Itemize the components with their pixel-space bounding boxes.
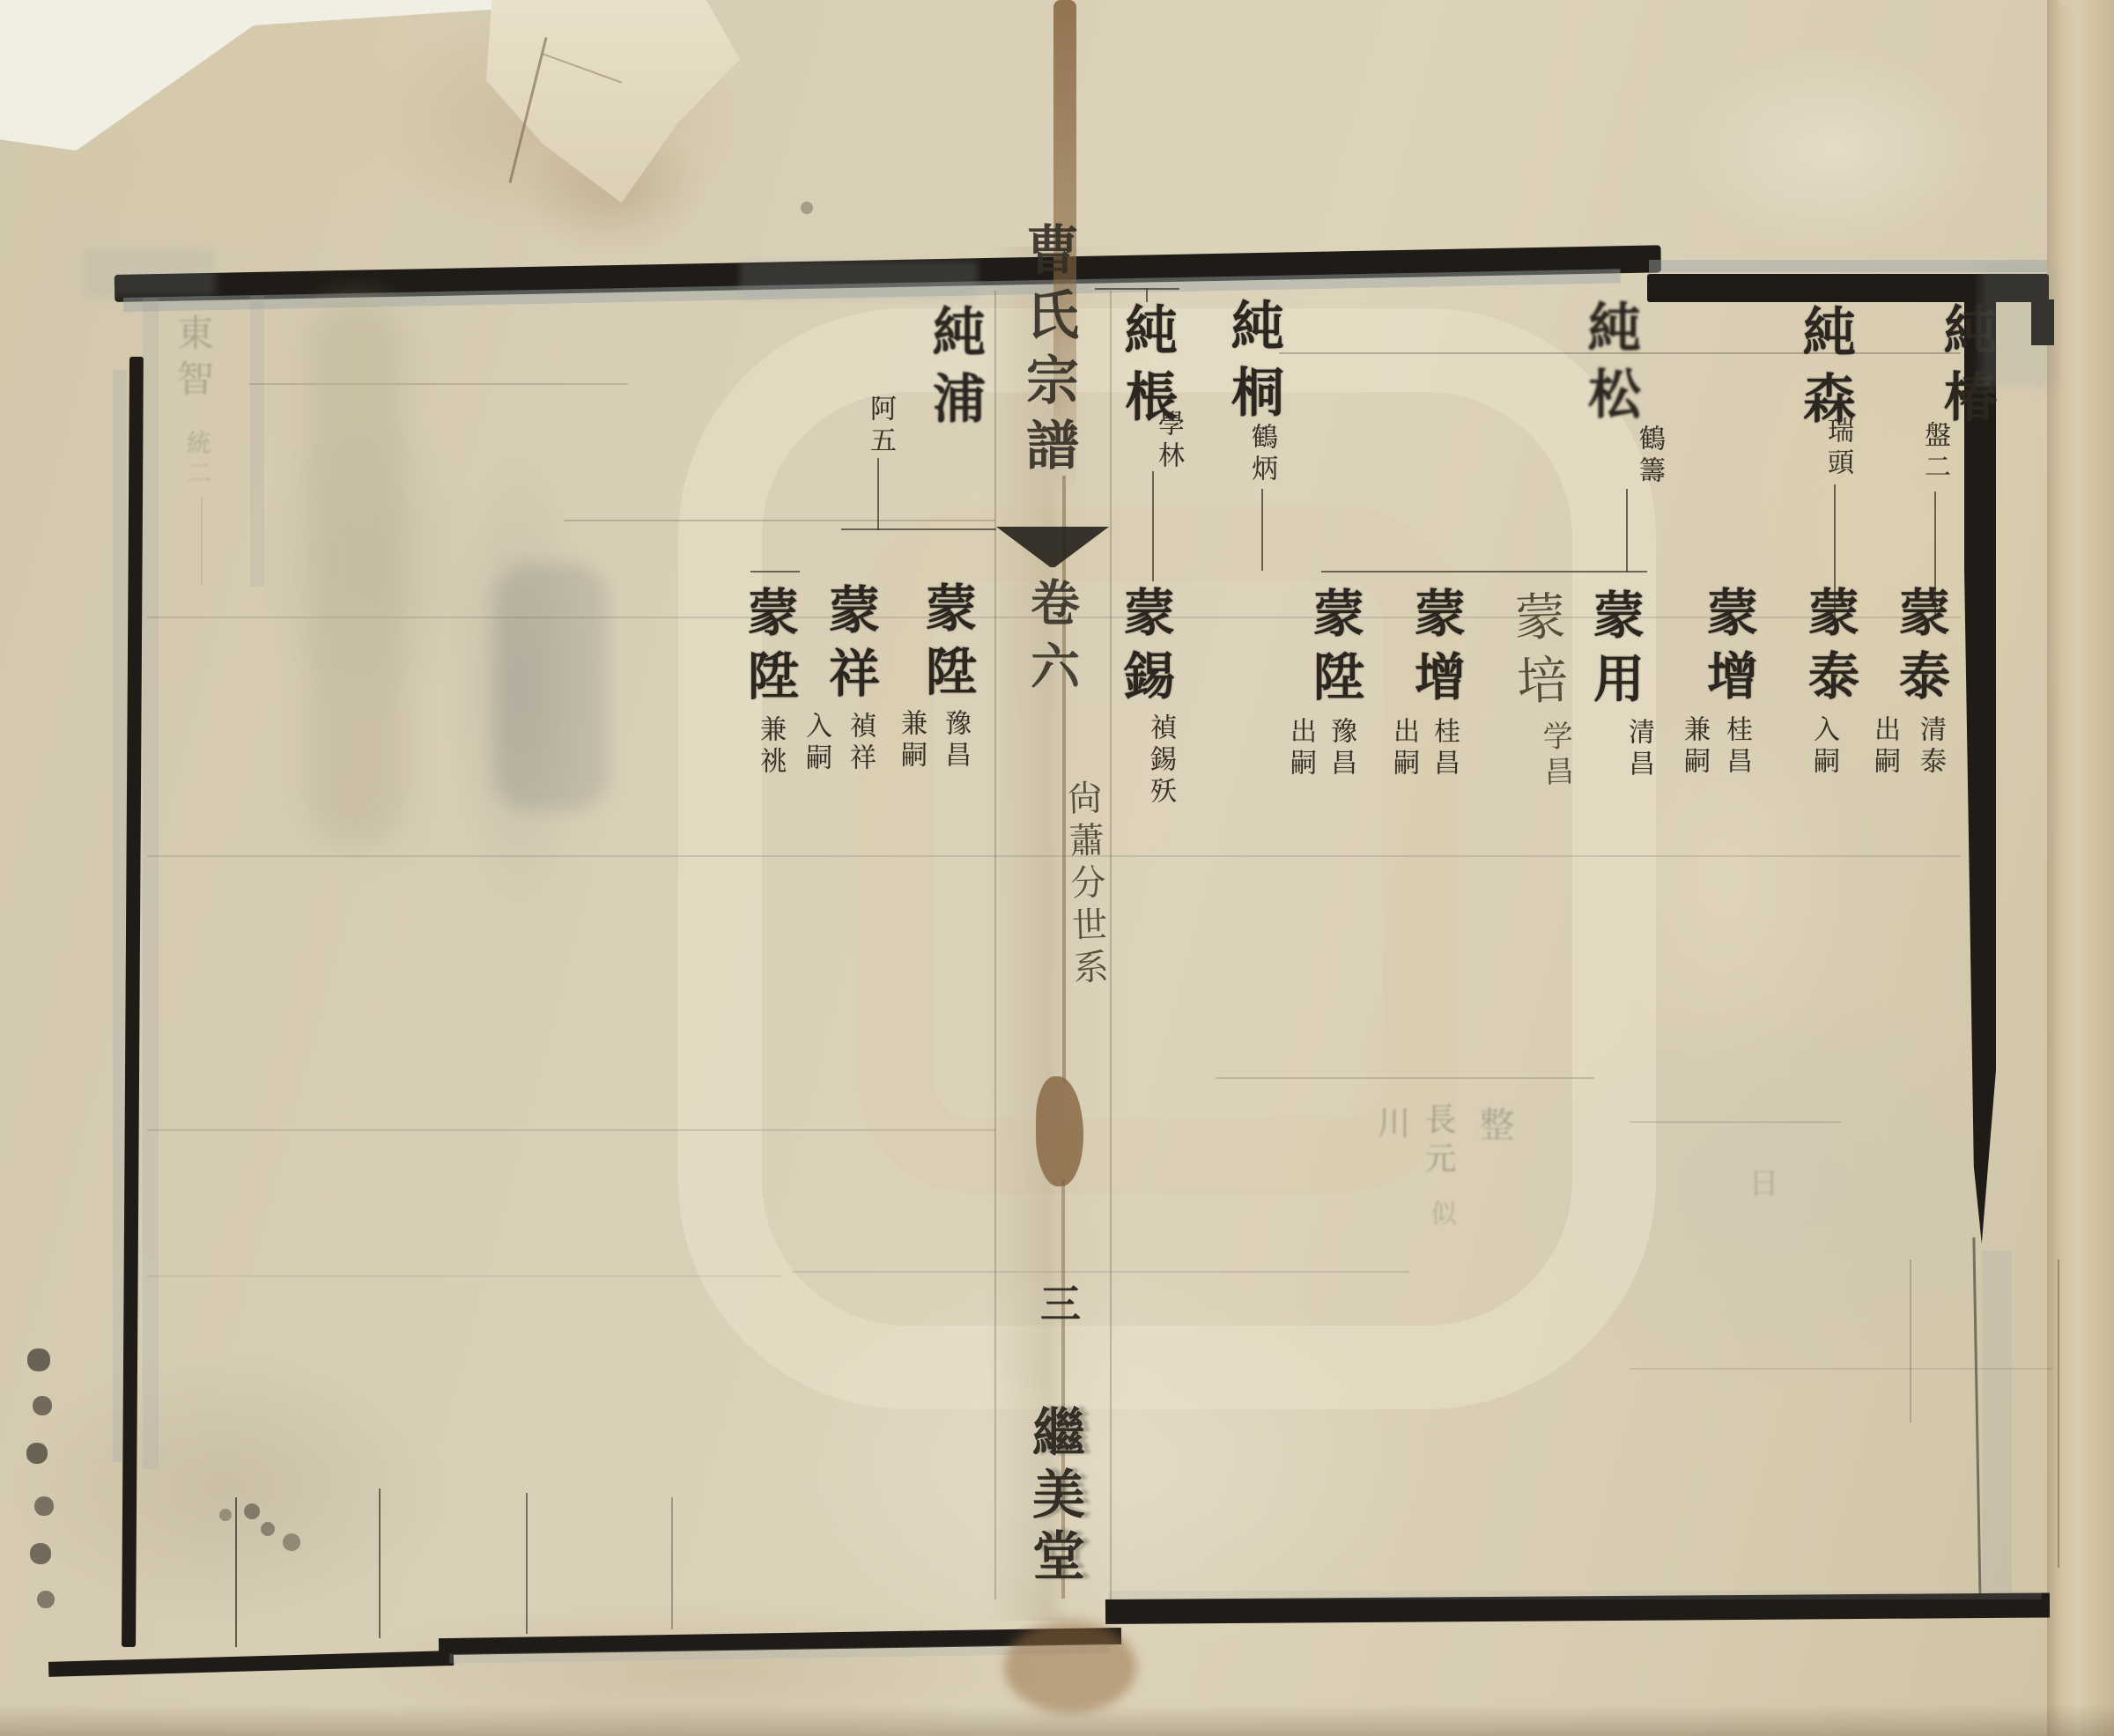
column-rule-b4 (671, 1497, 673, 1629)
gen2-note-1l: 出嗣 (1871, 715, 1897, 779)
gridline-1443-left (147, 1275, 781, 1277)
torn-right-edge-line (2058, 1260, 2059, 1568)
gen2-name-6: 蒙增 (1410, 587, 1461, 713)
gen2-note-7r: 豫昌 (1327, 717, 1354, 780)
gen2-name-5-handwritten: 蒙培 (1510, 589, 1565, 718)
spine-volume-number: 卷六 (1027, 577, 1076, 704)
gen1-note-6: 阿五 (867, 395, 893, 458)
gen1-note-5: 學林 (1155, 410, 1181, 473)
gridline-971 (147, 855, 1961, 857)
bleedthrough-si: 似 (1427, 1200, 1453, 1226)
gen1-name-6: 純浦 (928, 304, 981, 438)
gen2-note-11r: 兼祧 (757, 715, 783, 779)
gridline-1553-right (1630, 1368, 2052, 1370)
gridline-left-590 (564, 520, 995, 521)
gen2-note-7l: 出嗣 (1287, 717, 1313, 780)
gen2-name-3: 蒙增 (1703, 586, 1754, 713)
spine-hall-name: 繼美堂 (1028, 1405, 1081, 1590)
gen2-note-10l: 入嗣 (802, 712, 829, 775)
sibling-bracket-mengsheng3 (750, 571, 800, 573)
column-rule-b3 (526, 1493, 528, 1634)
bracket-chuncheng-top (1095, 288, 1179, 290)
gen2-name-11: 蒙陞 (743, 586, 795, 713)
gen2-note-8r: 禎錫殀 (1147, 713, 1173, 809)
gen2-name-8: 蒙錫 (1120, 586, 1171, 713)
ink-smudge-left-streak (308, 299, 405, 846)
gen1-name-4: 純桐 (1227, 298, 1280, 432)
column-rule-b1 (235, 1497, 237, 1647)
bleedthrough-left-column: 東智 (174, 314, 211, 405)
gridline-1223 (1216, 1077, 1594, 1079)
bottom-border-right-fringe (1108, 1591, 2042, 1599)
gen2-note-9r: 豫昌 (942, 709, 968, 772)
gen2-name-9: 蒙陞 (921, 581, 972, 708)
genealogy-scan-page: 純椿 盤二 純森 瑞頭 純松 鶴籌 純桐 鶴炳 純棖 學林 純浦 阿五 蒙泰 清… (0, 0, 2114, 1736)
blue-smudge-1 (84, 248, 216, 298)
gen2-note-4r: 清昌 (1625, 718, 1652, 781)
spine-handwritten-note: 尙蕭分世系 (1064, 779, 1106, 991)
fold-bottom-stain (1004, 1621, 1136, 1713)
gen2-name-4: 蒙用 (1589, 588, 1640, 715)
blue-smudge-3 (1980, 264, 2059, 388)
column-rule-b5 (1910, 1260, 1911, 1422)
gen1-note-1: 盤二 (1921, 421, 1948, 484)
gen2-name-10: 蒙祥 (824, 583, 876, 710)
gen1-note-3: 鶴籌 (1636, 425, 1662, 488)
left-inner-streak-2 (250, 296, 264, 587)
sibling-bracket-left-page (841, 528, 996, 530)
bleedthrough-zheng: 整 (1476, 1106, 1512, 1141)
bleedthrough-ri: 日 (1746, 1167, 1776, 1197)
column-rule-b2 (379, 1489, 381, 1638)
ink-smudge-left-page (493, 564, 608, 810)
gen2-name-2: 蒙泰 (1804, 586, 1855, 713)
bleedthrough-left-riser (201, 498, 203, 586)
gen2-note-3l: 兼嗣 (1681, 715, 1707, 779)
riser-chuncheng (1152, 471, 1154, 581)
bleedthrough-left-column-small: 統二 (185, 430, 210, 490)
spine-left-rule (994, 291, 996, 1599)
gen2-note-9l: 兼嗣 (898, 709, 924, 772)
gridline-1282-left (147, 1129, 995, 1131)
riser-chuntong (1261, 489, 1263, 571)
right-border-tear-shadow (1982, 1251, 2012, 1603)
bleedthrough-changyuan: 長元 (1422, 1103, 1453, 1180)
gen2-note-2r: 入嗣 (1810, 715, 1837, 779)
gen2-name-7: 蒙陞 (1309, 587, 1360, 713)
stub-chuncheng-top (1146, 288, 1148, 302)
gen2-note-3r: 桂昌 (1723, 715, 1749, 779)
gen1-note-4: 鶴炳 (1248, 423, 1275, 486)
gen1-name-3: 純松 (1584, 299, 1637, 433)
gen2-note-10r: 禎祥 (846, 712, 873, 775)
gridline-1273 (1630, 1121, 1841, 1123)
spine-page-number: 三 (1038, 1282, 1078, 1323)
gen2-name-1: 蒙泰 (1895, 586, 1946, 713)
spine-right-rule (1110, 291, 1112, 1599)
gen2-note-6r: 桂昌 (1430, 717, 1457, 780)
riser-chunsong (1626, 489, 1628, 573)
sibling-bracket-right-page (1321, 571, 1647, 573)
gridline-1443 (793, 1271, 1409, 1273)
spine-book-title: 曹氏宗譜 (1022, 222, 1075, 483)
ink-dots-and-edge-marks (0, 0, 7, 7)
gen2-note-6l: 出嗣 (1390, 717, 1416, 780)
left-inner-streak-1 (143, 298, 159, 1469)
blue-smudge-2 (740, 261, 978, 299)
gen1-note-2: 瑞頭 (1824, 417, 1851, 480)
bottom-edge-shadow (0, 1704, 2114, 1736)
riser-chunpu (877, 458, 879, 530)
gen2-note-1r: 清泰 (1917, 715, 1943, 779)
gen2-note-5r-handwritten: 学昌 (1540, 720, 1572, 791)
bleedthrough-chuan: 川 (1374, 1105, 1408, 1139)
gridline-g1-left (249, 383, 628, 385)
